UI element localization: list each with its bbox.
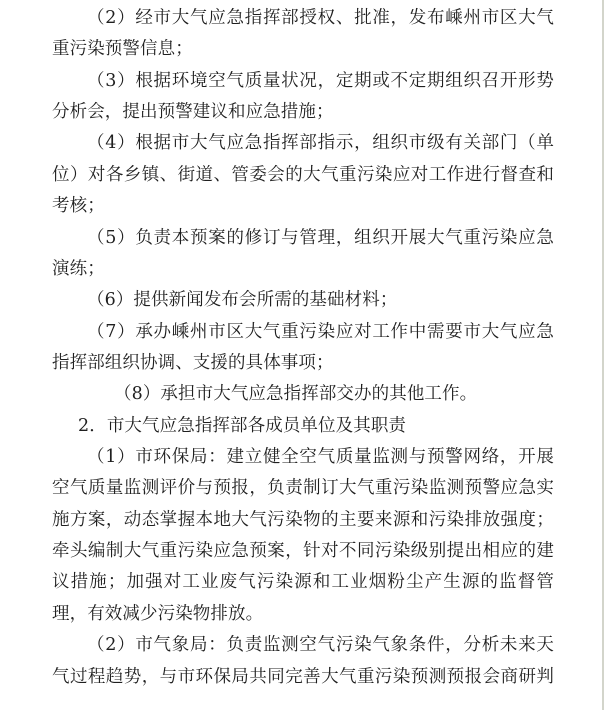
section-heading-line: 2．市大气应急指挥部各成员单位及其职责 <box>52 411 554 442</box>
text-line: （8）承担市大气应急指挥部交办的其他工作。 <box>52 379 554 410</box>
text-line: （3）根据环境空气质量状况，定期或不定期组织召开形势 <box>52 66 554 97</box>
page-edge-line <box>602 0 604 710</box>
text-line: （1）市环保局：建立健全空气质量监测与预警网络，开展 <box>52 442 554 473</box>
text-line: 理，有效减少污染物排放。 <box>52 599 554 630</box>
text-line: （5）负责本预案的修订与管理，组织开展大气重污染应急 <box>52 223 554 254</box>
text-line: 空气质量监测评价与预报，负责制订大气重污染监测预警应急实 <box>52 473 554 504</box>
text-line: 议措施；加强对工业废气污染源和工业烟粉尘产生源的监督管 <box>52 567 554 598</box>
text-line: （2）经市大气应急指挥部授权、批准，发布嵊州市区大气 <box>52 3 554 34</box>
text-line: （6）提供新闻发布会所需的基础材料； <box>52 285 554 316</box>
text-line: 考核； <box>52 191 554 222</box>
text-line: 指挥部组织协调、支援的具体事项； <box>52 348 554 379</box>
text-line: （4）根据市大气应急指挥部指示，组织市级有关部门（单 <box>52 128 554 159</box>
text-line: （2）市气象局：负责监测空气污染气象条件，分析未来天 <box>52 630 554 661</box>
document-body: （2）经市大气应急指挥部授权、批准，发布嵊州市区大气 重污染预警信息； （3）根… <box>52 3 554 693</box>
text-line: 气过程趋势，与市环保局共同完善大气重污染预测预报会商研判 <box>52 662 554 693</box>
text-line: 重污染预警信息； <box>52 34 554 65</box>
text-line: （7）承办嵊州市区大气重污染应对工作中需要市大气应急 <box>52 317 554 348</box>
text-line: 位）对各乡镇、街道、管委会的大气重污染应对工作进行督查和 <box>52 160 554 191</box>
text-line: 演练； <box>52 254 554 285</box>
text-line: 牵头编制大气重污染应急预案，针对不同污染级别提出相应的建 <box>52 536 554 567</box>
text-line: 施方案，动态掌握本地大气污染物的主要来源和污染排放强度； <box>52 505 554 536</box>
document-page: （2）经市大气应急指挥部授权、批准，发布嵊州市区大气 重污染预警信息； （3）根… <box>0 0 608 710</box>
text-line: 分析会，提出预警建议和应急措施； <box>52 97 554 128</box>
